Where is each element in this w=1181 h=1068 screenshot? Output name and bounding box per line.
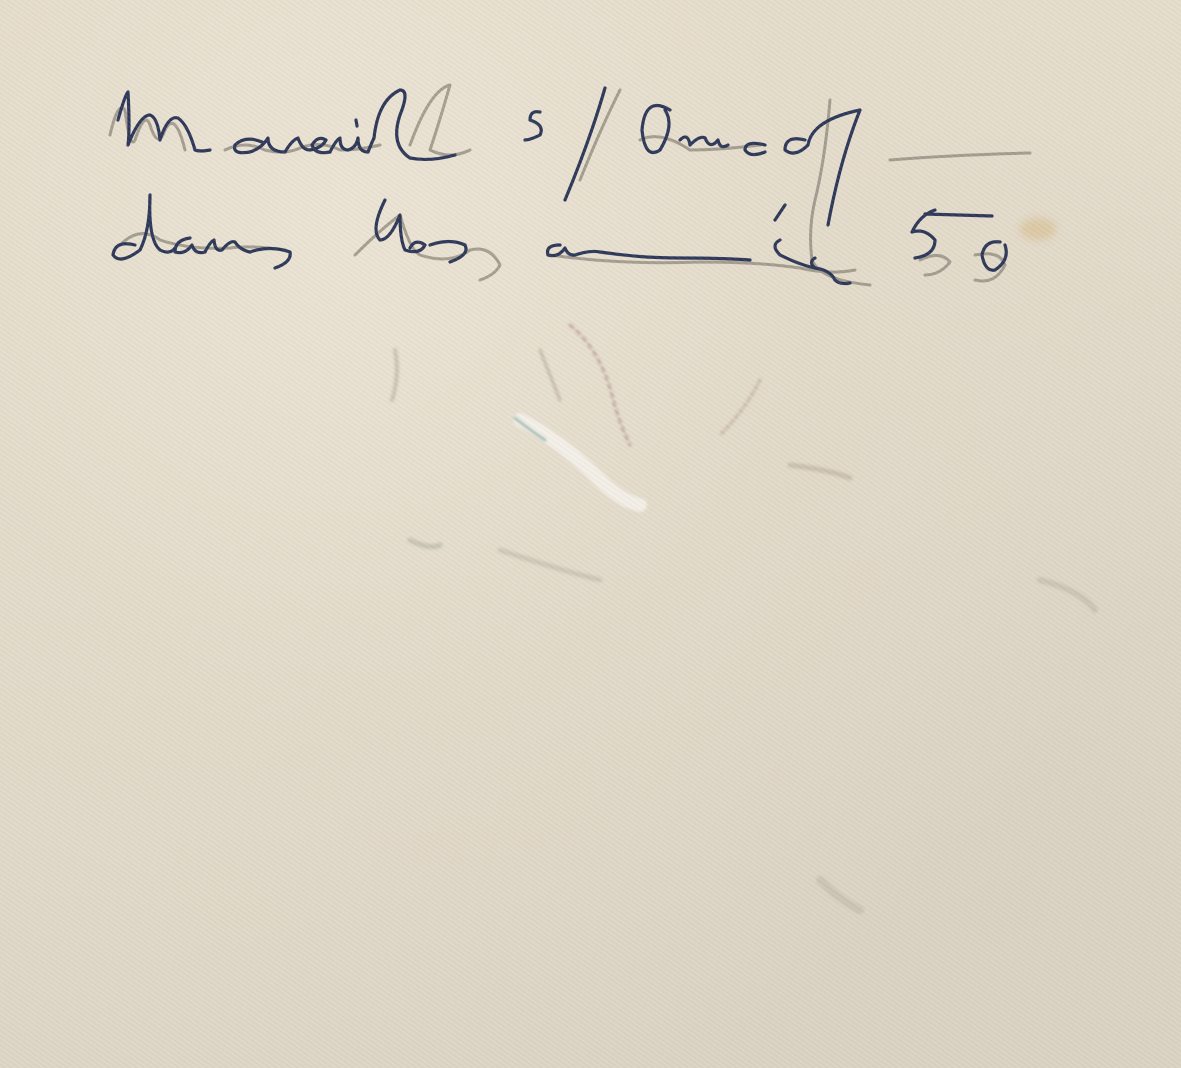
handwritten-note: Mareuil s/Ourcq dans les année 50 — [0, 0, 1181, 1068]
handwriting-strokes — [0, 0, 1181, 1068]
paper-card: Mareuil s/Ourcq dans les année 50 — [0, 0, 1181, 1068]
